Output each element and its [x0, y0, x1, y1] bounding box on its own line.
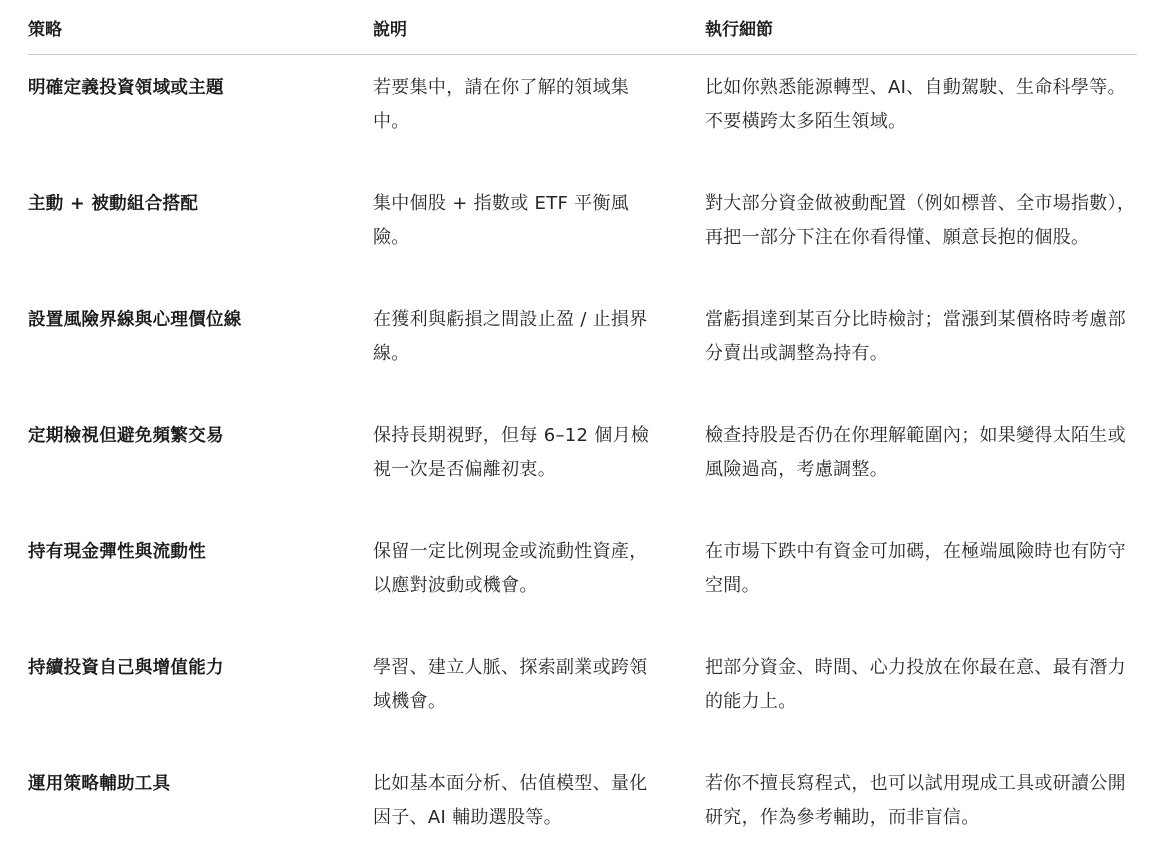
cell-description: 保持長期視野，但每 6–12 個月檢視一次是否偏離初衷。	[373, 403, 705, 519]
cell-details: 在市場下跌中有資金可加碼，在極端風險時也有防守空間。	[705, 519, 1137, 635]
cell-details: 若你不擅長寫程式，也可以試用現成工具或研讀公開研究，作為參考輔助，而非盲信。	[705, 751, 1137, 794]
header-details: 執行細節	[705, 0, 1137, 54]
cell-strategy: 設置風險界線與心理價位線	[28, 287, 373, 403]
table-header: 策略 說明 執行細節	[28, 0, 1137, 54]
cell-strategy: 主動 + 被動組合搭配	[28, 171, 373, 287]
strategy-table-container: 策略 說明 執行細節 明確定義投資領域或主題 若要集中，請在你了解的領域集中。 …	[28, 0, 1137, 793]
table-row: 運用策略輔助工具 比如基本面分析、估值模型、量化因子、AI 輔助選股等。 若你不…	[28, 751, 1137, 794]
header-strategy: 策略	[28, 0, 373, 54]
cell-strategy: 持續投資自己與增值能力	[28, 635, 373, 751]
cell-details: 當虧損達到某百分比時檢討；當漲到某價格時考慮部分賣出或調整為持有。	[705, 287, 1137, 403]
table-row: 主動 + 被動組合搭配 集中個股 + 指數或 ETF 平衡風險。 對大部分資金做…	[28, 171, 1137, 287]
cell-details: 比如你熟悉能源轉型、AI、自動駕駛、生命科學等。不要橫跨太多陌生領域。	[705, 54, 1137, 171]
cell-description: 若要集中，請在你了解的領域集中。	[373, 54, 705, 171]
cell-strategy: 運用策略輔助工具	[28, 751, 373, 794]
cell-strategy: 持有現金彈性與流動性	[28, 519, 373, 635]
table-row: 持有現金彈性與流動性 保留一定比例現金或流動性資產，以應對波動或機會。 在市場下…	[28, 519, 1137, 635]
cell-description: 學習、建立人脈、探索副業或跨領域機會。	[373, 635, 705, 751]
table-row: 明確定義投資領域或主題 若要集中，請在你了解的領域集中。 比如你熟悉能源轉型、A…	[28, 54, 1137, 171]
table-body: 明確定義投資領域或主題 若要集中，請在你了解的領域集中。 比如你熟悉能源轉型、A…	[28, 54, 1137, 793]
cell-details: 檢查持股是否仍在你理解範圍內；如果變得太陌生或風險過高，考慮調整。	[705, 403, 1137, 519]
cell-description: 保留一定比例現金或流動性資產，以應對波動或機會。	[373, 519, 705, 635]
header-description: 說明	[373, 0, 705, 54]
table-row: 定期檢視但避免頻繁交易 保持長期視野，但每 6–12 個月檢視一次是否偏離初衷。…	[28, 403, 1137, 519]
cell-details: 把部分資金、時間、心力投放在你最在意、最有潛力的能力上。	[705, 635, 1137, 751]
table-row: 設置風險界線與心理價位線 在獲利與虧損之間設止盈 / 止損界線。 當虧損達到某百…	[28, 287, 1137, 403]
cell-details: 對大部分資金做被動配置（例如標普、全市場指數），再把一部分下注在你看得懂、願意長…	[705, 171, 1137, 287]
strategy-table: 策略 說明 執行細節 明確定義投資領域或主題 若要集中，請在你了解的領域集中。 …	[28, 0, 1137, 793]
cell-description: 比如基本面分析、估值模型、量化因子、AI 輔助選股等。	[373, 751, 705, 794]
cell-description: 集中個股 + 指數或 ETF 平衡風險。	[373, 171, 705, 287]
header-row: 策略 說明 執行細節	[28, 0, 1137, 54]
table-row: 持續投資自己與增值能力 學習、建立人脈、探索副業或跨領域機會。 把部分資金、時間…	[28, 635, 1137, 751]
cell-strategy: 定期檢視但避免頻繁交易	[28, 403, 373, 519]
cell-description: 在獲利與虧損之間設止盈 / 止損界線。	[373, 287, 705, 403]
cell-strategy: 明確定義投資領域或主題	[28, 54, 373, 171]
